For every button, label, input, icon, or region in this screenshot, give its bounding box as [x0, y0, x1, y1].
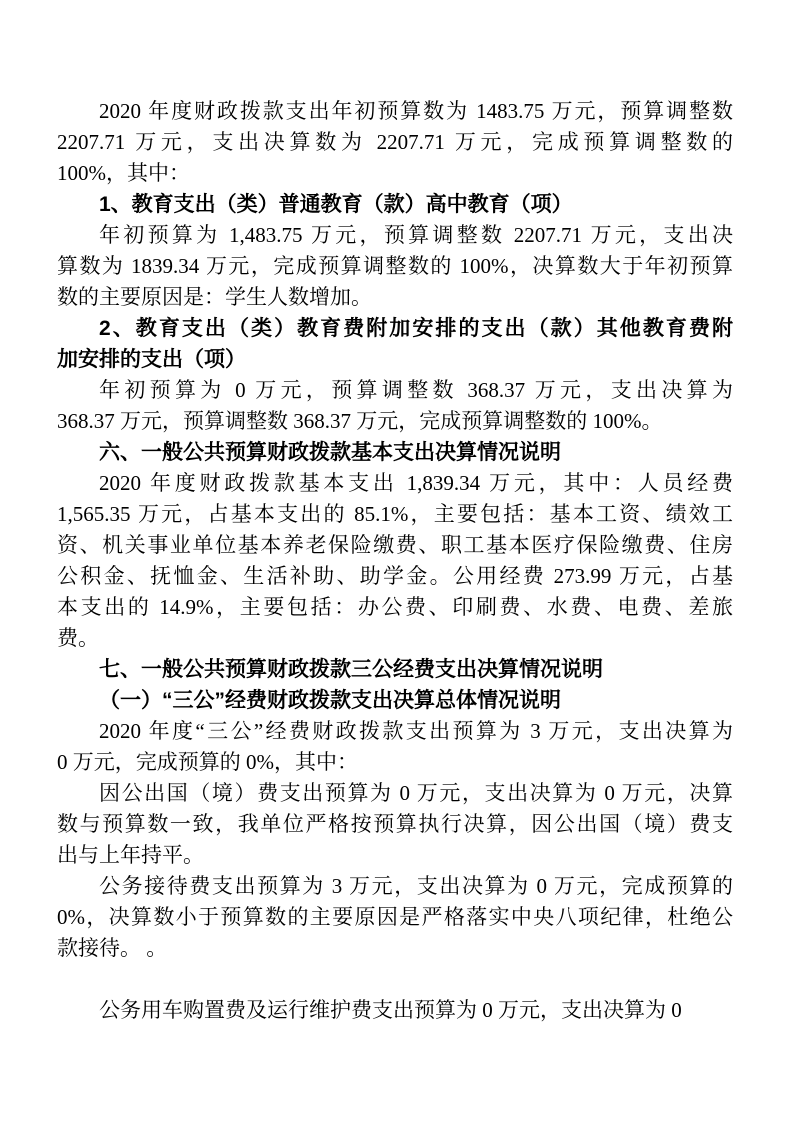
paragraph: 因公出国（境）费支出预算为 0 万元，支出决算为 0 万元，决算数与预算数一致，…	[57, 778, 733, 871]
text-line: 2020 年度财政拨款支出年初预算数为 1483.75 万元，预算调整数	[57, 96, 733, 127]
text-line: 六、一般公共预算财政拨款基本支出决算情况说明	[57, 437, 733, 468]
paragraph: 2020 年度财政拨款支出年初预算数为 1483.75 万元，预算调整数2207…	[57, 96, 733, 189]
section-heading: 七、一般公共预算财政拨款三公经费支出决算情况说明	[57, 654, 733, 685]
text-line: 款接待。 。	[57, 933, 733, 964]
text-line: 0 万元，完成预算的 0%，其中：	[57, 747, 733, 778]
document-page: 2020 年度财政拨款支出年初预算数为 1483.75 万元，预算调整数2207…	[0, 0, 793, 1122]
paragraph: 年初预算为 1,483.75 万元，预算调整数 2207.71 万元，支出决算数…	[57, 220, 733, 313]
section-heading: 2、教育支出（类）教育费附加安排的支出（款）其他教育费附加安排的支出（项）	[57, 313, 733, 375]
text-line: 算数为 1839.34 万元，完成预算调整数的 100%，决算数大于年初预算	[57, 251, 733, 282]
text-line: 资、机关事业单位基本养老保险缴费、职工基本医疗保险缴费、住房	[57, 530, 733, 561]
text-line: 2020 年度财政拨款基本支出 1,839.34 万元，其中：人员经费	[57, 468, 733, 499]
text-line: 1、教育支出（类）普通教育（款）高中教育（项）	[57, 189, 733, 220]
paragraph: 公务用车购置费及运行维护费支出预算为 0 万元，支出决算为 0	[57, 995, 733, 1026]
text-line: 2、教育支出（类）教育费附加安排的支出（款）其他教育费附	[57, 313, 733, 344]
text-line: 费。	[57, 623, 733, 654]
text-line: 100%，其中：	[57, 158, 733, 189]
text-line: 年初预算为 0 万元，预算调整数 368.37 万元，支出决算为	[57, 375, 733, 406]
text-line: 公务接待费支出预算为 3 万元，支出决算为 0 万元，完成预算的	[57, 871, 733, 902]
text-line: 368.37 万元，预算调整数 368.37 万元，完成预算调整数的 100%。	[57, 406, 733, 437]
text-line: 因公出国（境）费支出预算为 0 万元，支出决算为 0 万元，决算	[57, 778, 733, 809]
text-line: 出与上年持平。	[57, 840, 733, 871]
text-line: （一）“三公”经费财政拨款支出决算总体情况说明	[57, 685, 733, 716]
text-line: 1,565.35 万元，占基本支出的 85.1%，主要包括：基本工资、绩效工	[57, 499, 733, 530]
text-line: 数与预算数一致，我单位严格按预算执行决算，因公出国（境）费支	[57, 809, 733, 840]
text-line: 本支出的 14.9%，主要包括：办公费、印刷费、水费、电费、差旅	[57, 592, 733, 623]
text-line: 年初预算为 1,483.75 万元，预算调整数 2207.71 万元，支出决	[57, 220, 733, 251]
text-line: 2207.71 万元，支出决算数为 2207.71 万元，完成预算调整数的	[57, 127, 733, 158]
text-line: 加安排的支出（项）	[57, 344, 733, 375]
text-line: 公务用车购置费及运行维护费支出预算为 0 万元，支出决算为 0	[57, 995, 733, 1026]
text-line: 数的主要原因是：学生人数增加。	[57, 282, 733, 313]
text-line: 0%，决算数小于预算数的主要原因是严格落实中央八项纪律，杜绝公	[57, 902, 733, 933]
paragraph: 年初预算为 0 万元，预算调整数 368.37 万元，支出决算为368.37 万…	[57, 375, 733, 437]
blank-line	[57, 964, 733, 995]
section-heading: （一）“三公”经费财政拨款支出决算总体情况说明	[57, 685, 733, 716]
paragraph: 2020 年度财政拨款基本支出 1,839.34 万元，其中：人员经费1,565…	[57, 468, 733, 654]
section-heading: 六、一般公共预算财政拨款基本支出决算情况说明	[57, 437, 733, 468]
text-line: 2020 年度“三公”经费财政拨款支出预算为 3 万元，支出决算为	[57, 716, 733, 747]
paragraph: 2020 年度“三公”经费财政拨款支出预算为 3 万元，支出决算为0 万元，完成…	[57, 716, 733, 778]
text-line: 公积金、抚恤金、生活补助、助学金。公用经费 273.99 万元，占基	[57, 561, 733, 592]
text-line: 七、一般公共预算财政拨款三公经费支出决算情况说明	[57, 654, 733, 685]
paragraph: 公务接待费支出预算为 3 万元，支出决算为 0 万元，完成预算的0%，决算数小于…	[57, 871, 733, 964]
section-heading: 1、教育支出（类）普通教育（款）高中教育（项）	[57, 189, 733, 220]
